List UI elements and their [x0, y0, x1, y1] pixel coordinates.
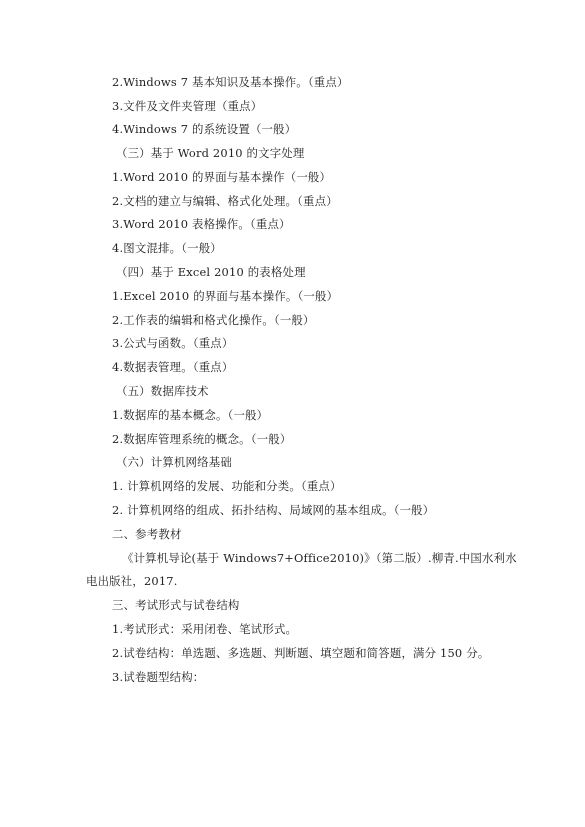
text-line: 2.试卷结构：单选题、多选题、判断题、填空题和简答题，满分 150 分。 — [112, 645, 489, 661]
text-line: 1.Excel 2010 的界面与基本操作。（一般） — [112, 288, 338, 304]
text-line: 4.数据表管理。（重点） — [112, 359, 233, 375]
section-heading: （六）计算机网络基础 — [116, 454, 232, 470]
document-page: 2.Windows 7 基本知识及基本操作。（重点） 3.文件及文件夹管理（重点… — [0, 0, 585, 827]
text-line: 2. 计算机网络的组成、拓扑结构、局域网的基本组成。（一般） — [112, 502, 434, 518]
text-line: 2.数据库管理系统的概念。（一般） — [112, 431, 291, 447]
text-line: 3.文件及文件夹管理（重点） — [112, 98, 262, 114]
text-line: 4.Windows 7 的系统设置（一般） — [112, 121, 296, 137]
text-line: 1.数据库的基本概念。（一般） — [112, 407, 268, 423]
text-line: 4.图文混排。（一般） — [112, 240, 222, 256]
section-heading: （五）数据库技术 — [116, 383, 209, 399]
reference-text: 《计算机导论(基于 Windows7+Office2010)》（第二版）.柳青.… — [122, 550, 517, 566]
section-heading: （三）基于 Word 2010 的文字处理 — [116, 145, 305, 161]
text-line: 3.试卷题型结构： — [112, 669, 204, 685]
text-line: 2.文档的建立与编辑、格式化处理。（重点） — [112, 193, 338, 209]
reference-text-continued: 电出版社，2017. — [86, 573, 178, 589]
text-line: 2.工作表的编辑和格式化操作。（一般） — [112, 312, 315, 328]
chapter-heading: 二、参考教材 — [112, 526, 182, 542]
text-line: 2.Windows 7 基本知识及基本操作。（重点） — [112, 74, 349, 90]
text-line: 3.Word 2010 表格操作。（重点） — [112, 216, 291, 232]
text-line: 1.考试形式：采用闭卷、笔试形式。 — [112, 621, 297, 637]
section-heading: （四）基于 Excel 2010 的表格处理 — [116, 264, 306, 280]
chapter-heading: 三、考试形式与试卷结构 — [112, 597, 240, 613]
text-line: 1.Word 2010 的界面与基本操作（一般） — [112, 169, 331, 185]
text-line: 1. 计算机网络的发展、功能和分类。（重点） — [112, 478, 342, 494]
text-line: 3.公式与函数。（重点） — [112, 335, 233, 351]
